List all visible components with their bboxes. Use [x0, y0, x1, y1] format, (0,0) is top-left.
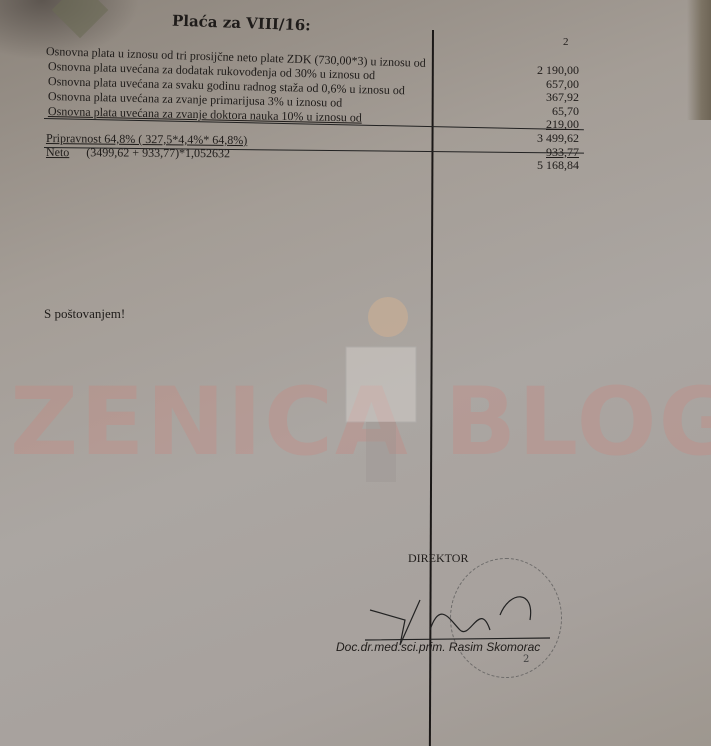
signature-icon	[360, 560, 560, 650]
pripravnost-amount: 933,77	[537, 146, 579, 160]
signer-name: Doc.dr.med.sci.prim. Rasim Skomorac	[336, 640, 540, 654]
page-number: 2	[563, 36, 569, 48]
closing-text: S poštovanjem!	[44, 306, 125, 322]
amount: 367,92	[537, 91, 579, 105]
document-title: Plaća za VIII/16:	[172, 12, 311, 35]
subtotal-amount: 3 499,62	[537, 132, 579, 146]
amounts-column: 2 190,00 657,00 367,92 65,70 219,00 3 49…	[537, 64, 579, 173]
neto-amount: 5 168,84	[537, 159, 579, 173]
paper-edge	[687, 0, 711, 120]
amount: 65,70	[537, 105, 579, 119]
stamp-number: 2	[523, 654, 529, 665]
amount: 219,00	[537, 118, 579, 132]
watermark-figure-icon	[326, 292, 426, 492]
amount: 2 190,00	[537, 64, 579, 78]
amount: 657,00	[537, 78, 579, 92]
